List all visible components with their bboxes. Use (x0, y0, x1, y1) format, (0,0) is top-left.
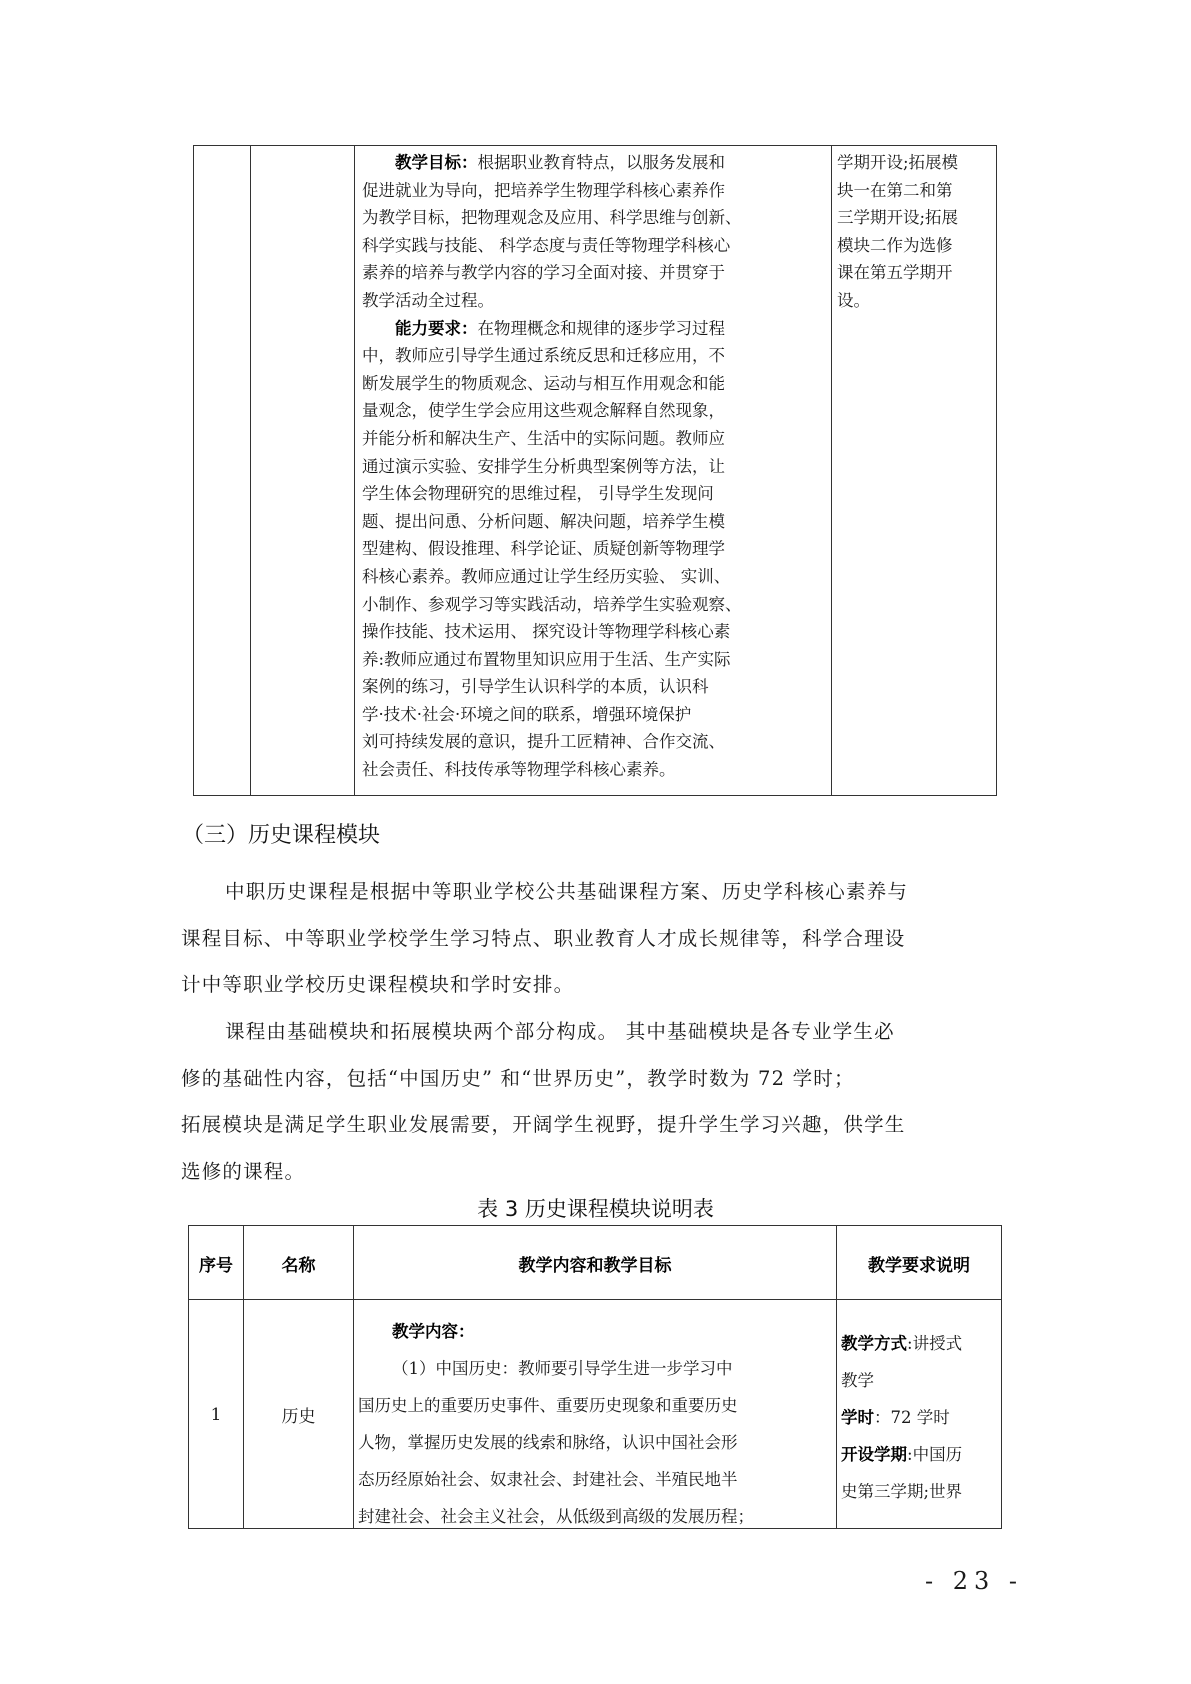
column-divider (831, 146, 832, 795)
paragraph-module-structure: 课程由基础模块和拓展模块两个部分构成。 其中基础模块是各专业学生必 修的基础性内… (181, 1009, 1013, 1196)
column-divider (250, 146, 251, 795)
header-content: 教学内容和教学目标 (354, 1226, 836, 1300)
table-caption: 表 3 历史课程模块说明表 (0, 1194, 1191, 1224)
teaching-content-label: 教学内容： (358, 1313, 834, 1350)
header-requirements: 教学要求说明 (837, 1226, 1001, 1300)
teaching-requirement-cell: 学期开设;拓展模 块一在第二和第 三学期开设;拓展 模块二作为选修 课在第五学期… (837, 149, 997, 315)
column-divider (354, 146, 355, 795)
row-content-cell: 教学内容： （1）中国历史：教师要引导学生进一步学习中 国历史上的重要历史事件、… (358, 1313, 834, 1535)
semester-label: 开设学期 (841, 1445, 907, 1464)
paragraph-history-intro: 中职历史课程是根据中等职业学校公共基础课程方案、历史学科核心素养与 课程目标、中… (181, 869, 1013, 1009)
physics-module-table-continuation: 教学目标：根据职业教育特点，以服务发展和 促进就业为导向，把培养学生物理学科核心… (193, 145, 997, 796)
teaching-content-cell: 教学目标：根据职业教育特点，以服务发展和 促进就业为导向，把培养学生物理学科核心… (362, 149, 830, 784)
row-index: 1 (189, 1301, 243, 1528)
row-name: 历史 (244, 1301, 353, 1528)
teaching-goal-label: 教学目标： (395, 153, 478, 172)
section-heading: （三）历史课程模块 (182, 820, 380, 852)
ability-requirement-label: 能力要求： (395, 319, 478, 338)
header-index: 序号 (189, 1226, 243, 1300)
history-module-table: 序号 名称 教学内容和教学目标 教学要求说明 1 历史 教学内容： （1）中国历… (188, 1225, 1002, 1529)
teaching-method-label: 教学方式 (841, 1334, 907, 1353)
page-number: - 23 - (925, 1566, 1023, 1596)
row-requirements-cell: 教学方式:讲授式 教学 学时：72 学时 开设学期:中国历 史第三学期;世界 (841, 1325, 1001, 1510)
header-name: 名称 (244, 1226, 353, 1300)
class-hours-label: 学时 (841, 1408, 874, 1427)
